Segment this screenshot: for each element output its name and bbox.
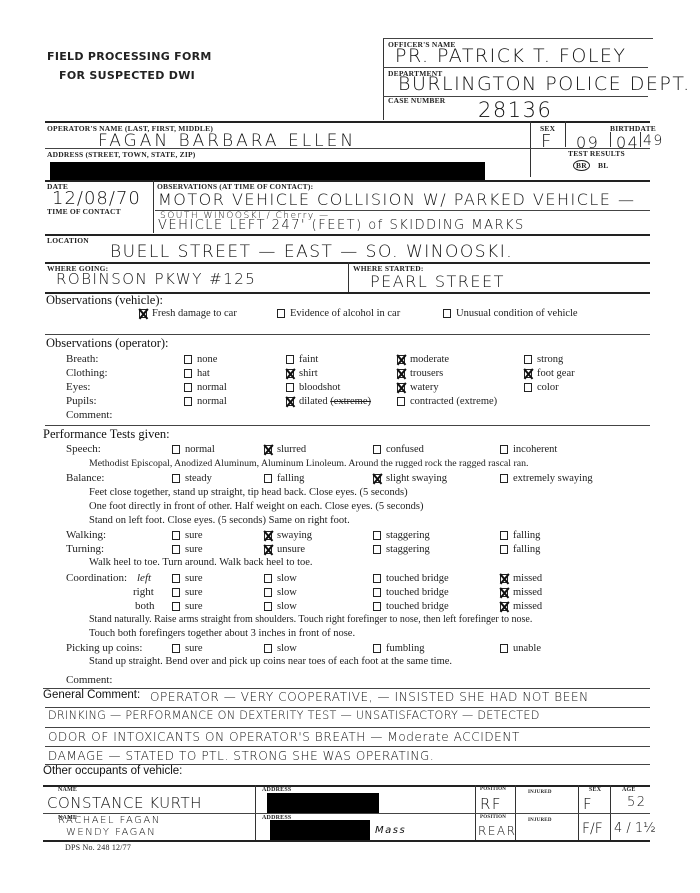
coins-unable[interactable]: unable	[500, 643, 541, 654]
checkbox-icon[interactable]	[500, 531, 508, 540]
performance-tests-label: Performance Tests given:	[43, 427, 170, 442]
coins-slow[interactable]: slow	[264, 643, 297, 654]
occupant-1-position: RF	[480, 795, 502, 813]
checkbox-icon[interactable]	[524, 383, 532, 392]
test-result-br-circled: Br	[573, 160, 590, 171]
occupant-2-injured-header: INJURED	[528, 818, 552, 823]
officer-name-value: PR. PATRICK T. FOLEY	[395, 45, 627, 67]
checkbox-checked-icon[interactable]	[500, 588, 508, 597]
address-label: ADDRESS (Street, Town, State, Zip)	[47, 150, 195, 159]
checkbox-checked-icon[interactable]	[286, 397, 294, 406]
struck-extreme: (extreme)	[330, 396, 371, 407]
coins-fumbling[interactable]: fumbling	[373, 643, 425, 654]
balance-instruction-3: Stand on left foot. Close eyes. (5 secon…	[89, 515, 350, 526]
checkbox-icon[interactable]	[500, 545, 508, 554]
speech-instruction: Methodist Episcopal, Anodized Aluminum, …	[89, 458, 528, 469]
turning-instruction: Walk heel to toe. Turn around. Walk back…	[89, 557, 313, 568]
checkbox-icon[interactable]	[397, 397, 405, 406]
breath-none[interactable]: none	[184, 354, 217, 365]
balance-instruction-1: Feet close together, stand up straight, …	[89, 487, 408, 498]
speech-confused[interactable]: confused	[373, 444, 424, 455]
coord-left-missed[interactable]: missed	[500, 573, 542, 584]
general-comment-line-3: ODOR OF INTOXICANTS ON OPERATOR'S BREATH…	[48, 730, 520, 744]
test-result-bl: Bl	[598, 161, 608, 170]
checkbox-icon[interactable]	[500, 445, 508, 454]
pupils-normal[interactable]: normal	[184, 396, 227, 407]
checkbox-icon[interactable]	[373, 445, 381, 454]
form-number: DPS No. 248 12/77	[65, 843, 131, 852]
speech-slurred[interactable]: slurred	[264, 444, 306, 455]
occupant-position-header: POSITION	[480, 787, 506, 792]
general-comment-label: General Comment:	[43, 689, 140, 701]
checkbox-icon[interactable]	[373, 531, 381, 540]
coordination-instruction-2: Touch both forefingers together about 3 …	[89, 628, 355, 639]
date-value: 12/08/70	[52, 188, 141, 209]
location-value: BUELL STREET — EAST — SO. WINOOSKI.	[110, 242, 513, 262]
coord-both-sure[interactable]: sure	[172, 601, 203, 612]
checkbox-icon[interactable]	[443, 309, 451, 318]
checkbox-icon[interactable]	[172, 644, 180, 653]
balance-slight-swaying[interactable]: slight swaying	[373, 473, 447, 484]
occupant-2-position: REAR	[478, 824, 516, 838]
checkbox-icon[interactable]	[172, 588, 180, 597]
general-comment-line-4: DAMAGE — STATED TO PTL. STRONG SHE WAS O…	[48, 749, 434, 763]
checkbox-checked-icon[interactable]	[264, 545, 272, 554]
checkbox-icon[interactable]	[172, 574, 180, 583]
speech-label: Speech:	[66, 443, 101, 455]
balance-instruction-2: One foot directly in front of other. Hal…	[89, 501, 423, 512]
checkbox-checked-icon[interactable]	[397, 355, 405, 364]
department-value: BURLINGTON POLICE DEPT.	[398, 73, 691, 95]
coord-both-missed[interactable]: missed	[500, 601, 542, 612]
checkbox-icon[interactable]	[373, 644, 381, 653]
walking-falling[interactable]: falling	[500, 530, 540, 541]
checkbox-icon[interactable]	[500, 474, 508, 483]
observations-line-3: VEHICLE LEFT 247' (FEET) of SKIDDING MAR…	[158, 218, 525, 233]
general-comment-line-1: OPERATOR — VERY COOPERATIVE, — INSISTED …	[150, 690, 589, 704]
checkbox-icon[interactable]	[286, 383, 294, 392]
checkbox-icon[interactable]	[373, 545, 381, 554]
occupant-2-address-redacted	[270, 820, 370, 840]
occupant-injured-header: INJURED	[528, 790, 552, 795]
turning-staggering[interactable]: staggering	[373, 544, 430, 555]
checkbox-checked-icon[interactable]	[264, 445, 272, 454]
occupant-age-header: AGE	[622, 787, 636, 793]
occupant-2-position-header: POSITION	[480, 815, 506, 820]
checkbox-icon[interactable]	[172, 445, 180, 454]
vehicle-unusual-condition[interactable]: Unusual condition of vehicle	[443, 308, 578, 319]
pupils-contracted[interactable]: contracted (extreme)	[397, 396, 497, 407]
checkbox-icon[interactable]	[264, 574, 272, 583]
checkbox-icon[interactable]	[373, 588, 381, 597]
pupils-dilated[interactable]: dilated (extreme)	[286, 396, 371, 407]
checkbox-checked-icon[interactable]	[500, 602, 508, 611]
balance-extremely-swaying[interactable]: extremely swaying	[500, 473, 593, 484]
operator-observations-label: Observations (operator):	[46, 336, 169, 351]
occupant-2-sex: F/F	[582, 821, 603, 837]
breath-faint[interactable]: faint	[286, 354, 318, 365]
speech-normal[interactable]: normal	[172, 444, 215, 455]
coord-right-sure[interactable]: sure	[172, 587, 203, 598]
clothing-shirt[interactable]: shirt	[286, 368, 318, 379]
vehicle-alcohol-evidence[interactable]: Evidence of alcohol in car	[277, 308, 400, 319]
clothing-hat[interactable]: hat	[184, 368, 210, 379]
checkbox-icon[interactable]	[172, 474, 180, 483]
breath-strong[interactable]: strong	[524, 354, 563, 365]
vehicle-observations-label: Observations (vehicle):	[46, 293, 163, 308]
clothing-label: Clothing:	[66, 367, 108, 379]
coordination-side-left: left	[137, 572, 151, 584]
walking-swaying[interactable]: swaying	[264, 530, 312, 541]
pupils-label: Pupils:	[66, 395, 97, 407]
birthdate-label: BIRTHDATE	[610, 124, 656, 133]
coins-label: Picking up coins:	[66, 642, 142, 654]
occupant-1-age: 52	[627, 795, 647, 810]
birthdate-year: 49	[643, 133, 664, 149]
checkbox-icon[interactable]	[264, 474, 272, 483]
checkbox-icon[interactable]	[172, 545, 180, 554]
coord-both-slow[interactable]: slow	[264, 601, 297, 612]
checkbox-icon[interactable]	[277, 309, 285, 318]
occupant-sex-header: SEX	[589, 787, 601, 793]
form-title-line2: FOR SUSPECTED DWI	[59, 69, 195, 82]
walking-sure[interactable]: sure	[172, 530, 203, 541]
test-result-br: Br	[573, 160, 590, 171]
checkbox-checked-icon[interactable]	[286, 369, 294, 378]
form-title-line1: FIELD PROCESSING FORM	[47, 50, 212, 63]
observations-line-1: MOTOR VEHICLE COLLISION W/ PARKED VEHICL…	[158, 190, 635, 209]
coord-right-slow[interactable]: slow	[264, 587, 297, 598]
checkbox-icon[interactable]	[286, 355, 294, 364]
occupant-2-address-suffix: Mass	[375, 825, 406, 836]
checkbox-icon[interactable]	[524, 355, 532, 364]
coordination-instruction-1: Stand naturally. Raise arms straight fro…	[89, 614, 532, 625]
checkbox-checked-icon[interactable]	[397, 383, 405, 392]
checkbox-checked-icon[interactable]	[397, 369, 405, 378]
checkbox-icon[interactable]	[373, 602, 381, 611]
balance-label: Balance:	[66, 472, 104, 484]
eyes-normal[interactable]: normal	[184, 382, 227, 393]
case-number-value: 28136	[478, 98, 552, 122]
eyes-watery[interactable]: watery	[397, 382, 439, 393]
clothing-foot-gear[interactable]: foot gear	[524, 368, 575, 379]
coins-sure[interactable]: sure	[172, 643, 203, 654]
checkbox-icon[interactable]	[172, 531, 180, 540]
test-results-label: TEST RESULTS	[568, 149, 625, 158]
performance-comment-label: Comment:	[66, 674, 112, 686]
where-started-value: PEARL STREET	[370, 272, 505, 291]
checkbox-icon[interactable]	[172, 602, 180, 611]
turning-label: Turning:	[66, 543, 104, 555]
checkbox-checked-icon[interactable]	[500, 574, 508, 583]
eyes-color[interactable]: color	[524, 382, 559, 393]
checkbox-icon[interactable]	[184, 397, 192, 406]
coord-right-missed[interactable]: missed	[500, 587, 542, 598]
coord-left-touched-bridge[interactable]: touched bridge	[373, 573, 449, 584]
vehicle-fresh-damage[interactable]: Fresh damage to car	[139, 308, 237, 319]
occupant-2-name-line-1: RACHAEL FAGAN	[58, 815, 161, 826]
checkbox-checked-icon[interactable]	[139, 309, 147, 318]
checkbox-icon[interactable]	[373, 574, 381, 583]
coord-left-slow[interactable]: slow	[264, 573, 297, 584]
breath-moderate[interactable]: moderate	[397, 354, 449, 365]
checkbox-icon[interactable]	[184, 369, 192, 378]
balance-steady[interactable]: steady	[172, 473, 212, 484]
eyes-label: Eyes:	[66, 381, 90, 393]
where-going-value: ROBINSON PKWY #125	[56, 270, 256, 288]
coordination-side-right: right	[133, 586, 154, 598]
case-number-label: CASE NUMBER	[388, 96, 445, 105]
checkbox-icon[interactable]	[264, 588, 272, 597]
checkbox-icon[interactable]	[500, 644, 508, 653]
balance-falling[interactable]: falling	[264, 473, 304, 484]
coord-both-touched-bridge[interactable]: touched bridge	[373, 601, 449, 612]
other-occupants-label: Other occupants of vehicle:	[43, 765, 182, 777]
general-comment-line-2: DRINKING — PERFORMANCE ON DEXTERITY TEST…	[48, 709, 540, 722]
occupant-2-age: 4 / 1½	[614, 821, 656, 836]
occupant-2-name-line-2: WENDY FAGAN	[66, 827, 156, 838]
checkbox-icon[interactable]	[264, 602, 272, 611]
checkbox-checked-icon[interactable]	[524, 369, 532, 378]
breath-label: Breath:	[66, 353, 98, 365]
checkbox-icon[interactable]	[184, 383, 192, 392]
location-label: LOCATION	[47, 236, 89, 245]
address-redacted	[50, 162, 485, 180]
clothing-trousers[interactable]: trousers	[397, 368, 443, 379]
time-of-contact-label: TIME OF CONTACT	[47, 207, 121, 216]
operator-comment-label: Comment:	[66, 409, 112, 421]
turning-sure[interactable]: sure	[172, 544, 203, 555]
coord-left-sure[interactable]: sure	[172, 573, 203, 584]
turning-unsure[interactable]: unsure	[264, 544, 305, 555]
coins-instruction: Stand up straight. Bend over and pick up…	[89, 656, 452, 667]
checkbox-checked-icon[interactable]	[373, 474, 381, 483]
occupant-1-name: CONSTANCE KURTH	[47, 794, 202, 812]
turning-falling[interactable]: falling	[500, 544, 540, 555]
occupant-1-address-redacted	[267, 793, 379, 813]
checkbox-icon[interactable]	[264, 644, 272, 653]
coord-right-touched-bridge[interactable]: touched bridge	[373, 587, 449, 598]
walking-label: Walking:	[66, 529, 106, 541]
speech-incoherent[interactable]: incoherent	[500, 444, 557, 455]
checkbox-icon[interactable]	[184, 355, 192, 364]
checkbox-checked-icon[interactable]	[264, 531, 272, 540]
occupant-name-header: NAME	[58, 787, 77, 793]
coordination-side-both: both	[135, 600, 155, 612]
eyes-bloodshot[interactable]: bloodshot	[286, 382, 340, 393]
walking-staggering[interactable]: staggering	[373, 530, 430, 541]
coordination-label: Coordination:	[66, 572, 127, 584]
occupant-1-sex: F	[583, 795, 593, 813]
